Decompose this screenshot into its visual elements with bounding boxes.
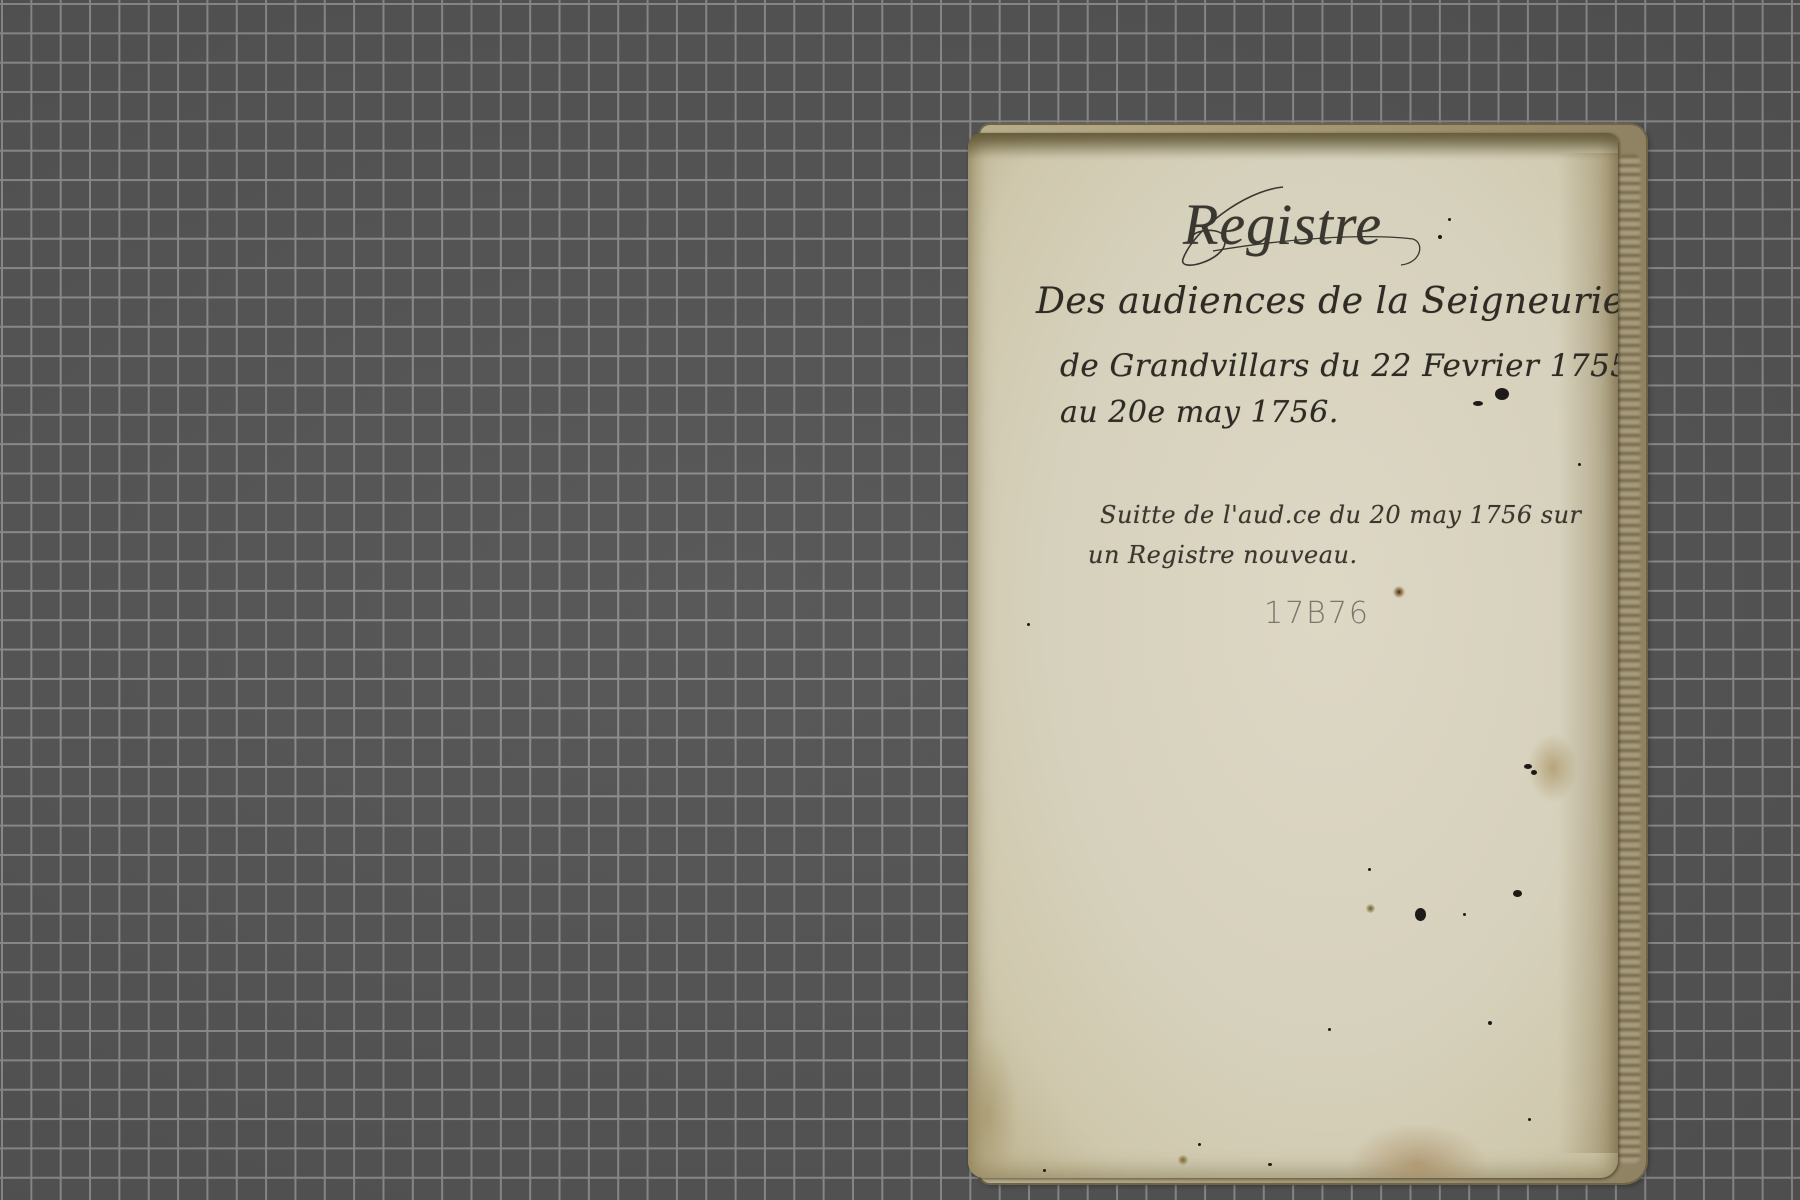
ink-blot xyxy=(1513,890,1522,897)
ink-speck xyxy=(1438,235,1442,239)
ink-speck xyxy=(1027,623,1030,626)
water-stain xyxy=(968,1033,1018,1178)
ink-blot xyxy=(1495,388,1509,400)
foxing-spot xyxy=(1366,904,1375,913)
register-cover-page: Registre Des audiences de la Seigneurie … xyxy=(968,133,1618,1178)
ink-speck xyxy=(1448,218,1451,221)
continuation-note-line-2: un Registre nouveau. xyxy=(1088,541,1358,569)
ink-blot xyxy=(1473,401,1483,406)
ink-speck xyxy=(1578,463,1581,466)
water-stain xyxy=(1528,733,1578,803)
archive-shelfmark: 17B76 xyxy=(1264,596,1370,631)
foxing-spot xyxy=(1393,586,1405,598)
ink-blot xyxy=(1531,770,1537,775)
title-line-end-date: au 20e may 1756. xyxy=(1060,395,1339,430)
title-line-grandvillars-dates: de Grandvillars du 22 Fevrier 1755. xyxy=(1060,348,1618,384)
foxing-spot xyxy=(1178,1155,1188,1165)
register-title: Registre xyxy=(1183,191,1382,258)
continuation-note-line-1: Suitte de l'aud.ce du 20 may 1756 sur xyxy=(1100,501,1582,529)
ink-speck xyxy=(1528,1118,1531,1121)
title-line-audiences: Des audiences de la Seigneurie xyxy=(1036,281,1618,322)
register-volume: Registre Des audiences de la Seigneurie … xyxy=(968,125,1656,1183)
ink-speck xyxy=(1043,1169,1046,1172)
ink-speck xyxy=(1198,1143,1201,1146)
ink-blot xyxy=(1415,908,1426,921)
ink-speck xyxy=(1488,1021,1492,1025)
ink-speck xyxy=(1268,1163,1272,1166)
ink-speck xyxy=(1328,1028,1331,1031)
water-stain xyxy=(1348,1123,1488,1178)
ink-speck xyxy=(1463,913,1466,916)
ink-blot xyxy=(1524,764,1532,769)
ink-speck xyxy=(1368,868,1371,871)
